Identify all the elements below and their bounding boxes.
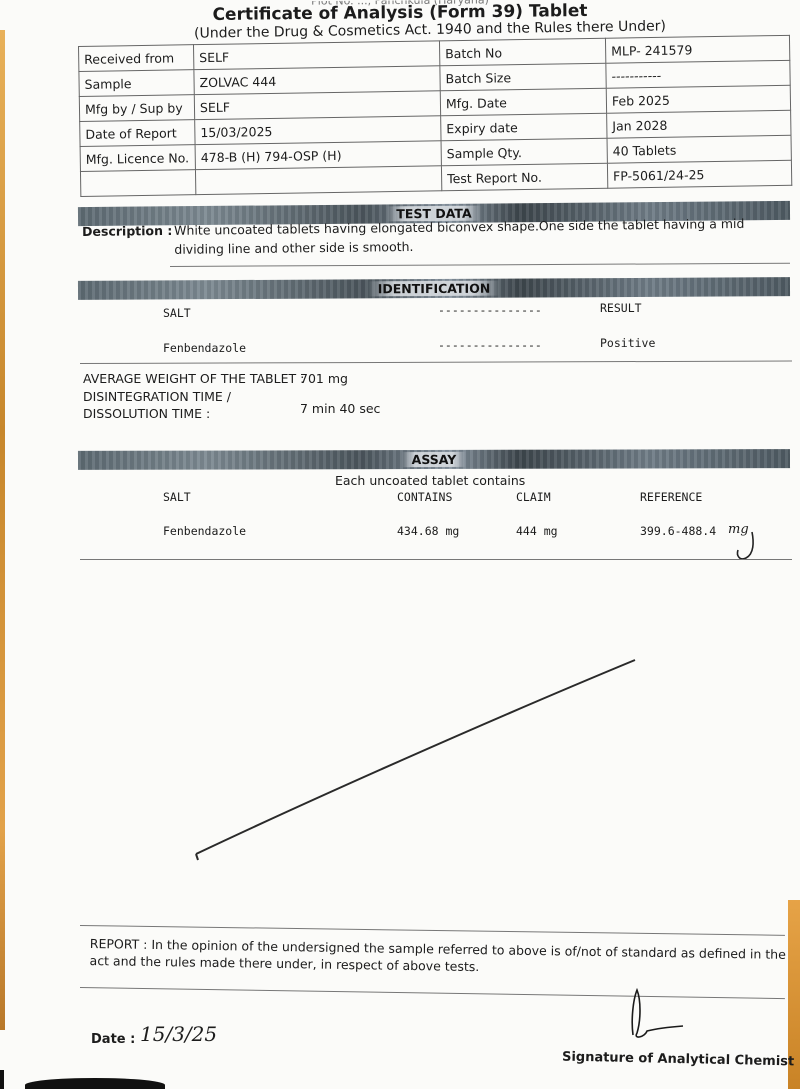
info-value-left: SELF: [194, 91, 440, 120]
id-header-dashes: ---------------: [438, 303, 542, 317]
divider: [80, 559, 792, 560]
assay-caption: Each uncoated tablet contains: [335, 473, 525, 488]
assay-col-reference: REFERENCE: [640, 490, 702, 504]
assay-heading: ASSAY: [402, 452, 467, 467]
info-label-right: Expiry date: [441, 113, 607, 141]
info-value-right: 40 Tablets: [607, 135, 791, 163]
description-label: Description :: [82, 221, 174, 241]
divider: [80, 925, 785, 936]
assay-row-reference: 399.6-488.4: [640, 524, 716, 538]
scan-artifact: [0, 1070, 4, 1089]
description-block: Description :White uncoated tablets havi…: [82, 213, 794, 260]
paper-edge-left: [0, 30, 5, 1030]
info-value-left: 15/03/2025: [195, 116, 441, 145]
divider: [80, 361, 792, 364]
id-header-result: RESULT: [600, 301, 642, 315]
avg-weight-value: 701 mg: [300, 371, 348, 386]
info-label-right: Test Report No.: [441, 163, 607, 191]
info-value-left: 478-B (H) 794-OSP (H): [195, 141, 441, 170]
info-value-right: MLP- 241579: [605, 35, 789, 63]
info-label-left: Mfg by / Sup by: [79, 95, 194, 122]
report-statement: REPORT : In the opinion of the undersign…: [89, 935, 789, 980]
disintegration-value: 7 min 40 sec: [300, 401, 380, 416]
analyst-signature: [615, 985, 695, 1045]
signature-label: Signature of Analytical Chemist: [562, 1050, 794, 1070]
info-label-right: Sample Qty.: [441, 138, 607, 166]
avg-weight-label: AVERAGE WEIGHT OF THE TABLET :: [83, 371, 304, 386]
scan-artifact-bar: [25, 1078, 165, 1089]
id-row-salt: Fenbendazole: [163, 341, 246, 355]
report-date-handwritten: 15/3/25: [140, 1022, 217, 1046]
assay-row-claim: 444 mg: [516, 524, 558, 538]
assay-col-contains: CONTAINS: [397, 490, 452, 504]
report-date-label: Date :: [91, 1032, 135, 1047]
assay-row-contains: 434.68 mg: [397, 524, 459, 538]
info-label-left: Mfg. Licence No.: [80, 145, 195, 172]
divider: [170, 263, 790, 267]
info-value-right: Feb 2025: [606, 85, 790, 113]
info-label-right: Batch No: [439, 38, 605, 66]
disintegration-label-line2: DISSOLUTION TIME :: [83, 406, 210, 421]
info-label-left: Sample: [79, 70, 194, 97]
info-label-left: Date of Report: [80, 120, 195, 147]
disintegration-label-line1: DISINTEGRATION TIME /: [83, 389, 231, 404]
assay-banner: ASSAY: [78, 449, 790, 470]
info-value-right: -----------: [606, 60, 790, 88]
assay-row-salt: Fenbendazole: [163, 524, 246, 538]
blank-area-strike-line: [190, 650, 650, 865]
info-value-left: ZOLVAC 444: [194, 66, 440, 95]
assay-col-salt: SALT: [163, 490, 191, 504]
info-value-left: SELF: [193, 41, 439, 70]
assay-col-claim: CLAIM: [516, 490, 551, 504]
info-label-left: Received from: [79, 45, 194, 72]
description-text: White uncoated tablets having elongated …: [174, 213, 789, 259]
info-label-right: Batch Size: [440, 63, 606, 91]
info-value-right: FP-5061/24-25: [607, 160, 791, 188]
id-row-dashes: ---------------: [438, 338, 542, 352]
identification-heading: IDENTIFICATION: [368, 281, 501, 297]
info-value-left: [195, 166, 441, 195]
id-header-salt: SALT: [163, 306, 191, 320]
info-label-left: [80, 170, 195, 197]
info-table: Received fromSELFBatch NoMLP- 241579Samp…: [78, 35, 792, 204]
info-label-right: Mfg. Date: [440, 88, 606, 116]
id-row-result: Positive: [600, 336, 655, 350]
info-value-right: Jan 2028: [607, 110, 791, 138]
identification-banner: IDENTIFICATION: [78, 277, 790, 300]
